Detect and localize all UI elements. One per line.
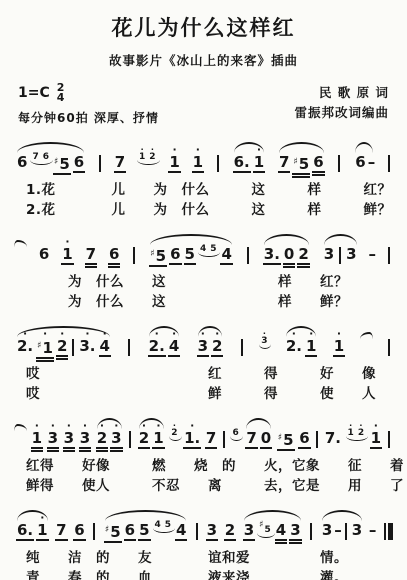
note-number: 1 <box>305 338 317 357</box>
sharp-icon: ♯ <box>37 341 41 351</box>
note: 6. <box>233 146 251 173</box>
page-title: 花儿为什么这样红 <box>0 0 407 42</box>
note: 6 <box>42 147 50 164</box>
note: ·1 <box>168 146 180 173</box>
system-2: 6·1 7 6 ♯5 6 5 4 5 4 3. 0 2 3 3– 为 什么 这 … <box>10 226 397 312</box>
grace-notes: ·1·2 <box>137 147 158 164</box>
note: 6 <box>38 238 50 265</box>
final-bar-thin <box>384 523 386 540</box>
slur-group: ♯5 6 5 4 5 4 <box>147 238 235 267</box>
lyric-line-verse-2: 青 春 的 血 液来浇 灌。 <box>16 568 391 580</box>
slur-group: ·2.·♯1·2·3.·4 <box>14 330 113 359</box>
note-number: 3 <box>289 522 301 541</box>
note-number: 6 <box>231 429 239 440</box>
note-number: 6 <box>73 522 85 541</box>
slur-group: 7 ♯5 6 <box>276 146 327 175</box>
note: 2 <box>297 238 309 265</box>
note: 3 <box>206 514 218 541</box>
note: ·3 <box>47 422 59 449</box>
note-number: 1. <box>183 430 201 449</box>
note: 3 <box>243 514 255 541</box>
note: ♯5 <box>53 146 71 175</box>
barline <box>133 247 135 264</box>
note-number: 4 <box>175 522 187 541</box>
note-number: 3 <box>206 522 218 541</box>
note-number: 1 <box>152 430 164 449</box>
note: ♯5 <box>149 238 167 267</box>
duration-dash: – <box>369 522 377 538</box>
lyrics-block: 红得 好像 燃 烧 的 火，它象 征 着 鲜得 使人 不忍 离 去，它是 用 了 <box>10 456 397 496</box>
note: 7 <box>205 422 217 449</box>
note: ·3 <box>110 422 122 449</box>
note-number: 3. <box>263 246 281 265</box>
credit-lyricist: 民 歌 原 词 <box>294 83 389 103</box>
credit-composer: 雷振邦改词编曲 <box>294 103 389 123</box>
sharp-icon: ♯ <box>150 249 154 259</box>
note: 3 <box>345 238 357 265</box>
note-number: ♯5 <box>277 430 295 451</box>
sharp-icon: ♯ <box>259 520 263 530</box>
slur-group: 3 ♯5 4 3 <box>241 514 304 541</box>
note-number: 6 <box>38 246 50 265</box>
note-number: 6 <box>16 154 28 173</box>
note-number: 3 <box>243 522 255 541</box>
note-number: 5 <box>209 245 217 256</box>
grace-notes: ·3 <box>259 331 269 348</box>
note-number: 6. <box>233 154 251 173</box>
final-bar-thick <box>388 523 393 540</box>
note: ·1 <box>370 422 382 449</box>
note-number: 1 <box>192 154 204 173</box>
note: 3 <box>351 514 363 541</box>
slur-group: ·3·2 <box>195 330 226 357</box>
note: 7 <box>31 147 39 164</box>
tie-in-arc <box>14 240 27 250</box>
note: ·1 <box>36 514 48 541</box>
key-and-tempo: 1=C 2 4 每分钟60拍 深厚、抒情 <box>18 83 159 126</box>
key-signature: 1=C 2 4 <box>18 83 159 103</box>
system-1: 6 7 6 ♯5 6 7·1·2·1·1 6.·1 7 ♯5 6 6– 1.花 … <box>10 134 397 220</box>
note: ♯5 <box>104 514 122 543</box>
note: 7 <box>245 422 257 449</box>
score-header: 1=C 2 4 每分钟60拍 深厚、抒情 民 歌 原 词 雷振邦改词编曲 <box>0 83 407 126</box>
note-number: 7. <box>324 430 342 449</box>
note-number: 3 <box>323 246 335 265</box>
note-number: 4 <box>199 245 207 256</box>
note-number: 6 <box>73 154 85 173</box>
sharp-icon: ♯ <box>278 433 282 443</box>
note-number: 1 <box>253 154 265 173</box>
note: ·1 <box>253 146 265 173</box>
slur-group: ·2·1 <box>136 422 167 449</box>
sheet-music-page: 花儿为什么这样红 故事影片《冰山上的来客》插曲 1=C 2 4 每分钟60拍 深… <box>0 0 407 580</box>
note: 3 <box>323 238 335 265</box>
note: ·2. <box>16 330 34 357</box>
grace-notes: 4 5 <box>198 239 219 256</box>
note: ·2 <box>96 422 108 449</box>
note: 6 <box>169 238 181 265</box>
note: ·2. <box>285 330 303 357</box>
music-line: 6 7 6 ♯5 6 7·1·2·1·1 6.·1 7 ♯5 6 6– <box>10 134 397 180</box>
note-number: 7 <box>31 153 39 164</box>
note-number: 5 <box>138 522 150 541</box>
note-number: 1 <box>138 153 146 164</box>
note: 5 <box>138 514 150 541</box>
note-number: ♯5 <box>53 154 71 175</box>
note: ·1 <box>61 238 73 265</box>
note: 6 <box>312 146 324 173</box>
slur-group: 3 3 <box>321 238 360 265</box>
note: 4 <box>220 238 232 265</box>
note: ·3. <box>78 330 96 357</box>
note: 5 <box>209 239 217 256</box>
note-number: 7 <box>55 522 67 541</box>
note-number: 3 <box>110 430 122 449</box>
note-number: 6 <box>312 154 324 173</box>
lyric-line-verse-2: 哎 鲜 得 使 人 <box>16 384 391 404</box>
slur-group: 3– 3 <box>319 514 365 541</box>
tie-in-arc <box>14 424 27 434</box>
slur-group: ·2·3 <box>94 422 125 449</box>
sharp-icon: ♯ <box>54 157 58 167</box>
lyric-line-verse-1: 为 什么 这 样 红？ <box>16 272 391 292</box>
barline <box>72 339 74 356</box>
note: 5 <box>164 515 172 532</box>
note: 6 <box>16 146 28 173</box>
duration-dash: – <box>368 154 376 170</box>
note: 4 <box>275 514 287 541</box>
note-number: 6 <box>124 522 136 541</box>
note: ·2 <box>357 423 365 440</box>
grace-notes: ♯5 <box>257 515 273 537</box>
note-number: 7 <box>205 430 217 449</box>
note-number: 7 <box>278 154 290 173</box>
grace-notes: ·2 <box>169 423 179 440</box>
note-number: ♯1 <box>36 338 54 359</box>
barline <box>128 339 130 356</box>
meter-fraction: 2 4 <box>57 83 65 103</box>
system-3: ·2.·♯1·2·3.·4·2.·4·3·2·3·2.·1·1 哎 红 得 好 … <box>10 318 397 404</box>
barline <box>339 247 341 264</box>
octave-dot-spacer <box>60 146 64 154</box>
note-number: 3 <box>260 337 268 348</box>
slur-group: 6– <box>352 146 376 173</box>
barline <box>129 431 131 448</box>
octave-dot-spacer <box>284 422 288 430</box>
grace-notes: 6 <box>230 423 240 440</box>
tie-out-arc <box>360 332 373 342</box>
barline <box>316 431 318 448</box>
note: ·1 <box>152 422 164 449</box>
note-number: 6 <box>42 153 50 164</box>
note-number: 1 <box>31 430 43 449</box>
slur-group: ·2.·1 <box>283 330 320 357</box>
note: 5 <box>184 238 196 265</box>
note: 2 <box>224 514 236 541</box>
note: ·1. <box>183 422 201 449</box>
barline <box>388 431 390 448</box>
note-number: 4 <box>220 246 232 265</box>
barline <box>345 523 347 540</box>
slur-group: 3. 0 2 <box>261 238 312 265</box>
note-number: 2 <box>148 153 156 164</box>
note: ·1 <box>31 422 43 449</box>
duration-dash: – <box>369 246 377 262</box>
note: ·4 <box>168 330 180 357</box>
note-number: 6 <box>354 154 366 173</box>
barline <box>338 155 340 172</box>
barline <box>223 431 225 448</box>
note-number: 3 <box>63 430 75 449</box>
note: 7 <box>278 146 290 173</box>
note-number: 1 <box>61 246 73 265</box>
note: 6 <box>124 514 136 541</box>
note-number: 7 <box>85 246 97 265</box>
note-number: 1 <box>347 429 355 440</box>
lyrics-block: 为 什么 这 样 红？ 为 什么 这 样 鲜？ <box>10 272 397 312</box>
note: ·1 <box>305 330 317 357</box>
lyric-line-verse-1: 哎 红 得 好 像 <box>16 364 391 384</box>
meter-bottom: 4 <box>57 93 65 103</box>
note: ♯5 <box>292 146 310 175</box>
note-number: 3 <box>47 430 59 449</box>
tonality: 1=C <box>18 85 50 101</box>
note-number: 6 <box>169 246 181 265</box>
note: 3 <box>289 514 301 541</box>
note-number: 5 <box>164 521 172 532</box>
note: 4 <box>175 514 187 541</box>
note-number: 5 <box>184 246 196 265</box>
note: 0 <box>283 238 295 265</box>
note: 6 <box>108 238 120 265</box>
lyric-line-verse-2: 2.花 儿 为 什么 这 样 鲜？ <box>16 200 391 220</box>
note-number: ♯5 <box>149 246 167 267</box>
note: 7 <box>114 146 126 173</box>
note: 3 <box>321 514 333 541</box>
barline <box>247 247 249 264</box>
note: ·3 <box>260 331 268 348</box>
note-number: ♯5 <box>258 521 272 537</box>
note: 0 <box>260 422 272 449</box>
note-number: 0 <box>283 246 295 265</box>
duration-dash: – <box>334 522 342 538</box>
barline <box>310 523 312 540</box>
grace-notes: 7 6 <box>30 147 51 164</box>
note: ·2 <box>170 423 178 440</box>
page-subtitle: 故事影片《冰山上的来客》插曲 <box>0 51 407 69</box>
tempo-marking: 每分钟60拍 深厚、抒情 <box>18 109 159 126</box>
final-barline <box>384 523 393 540</box>
slur-group: ·2.·4 <box>146 330 183 357</box>
note: ·3 <box>197 330 209 357</box>
note-number: 1 <box>333 338 345 357</box>
note-number: 2 <box>56 338 68 357</box>
lyric-line-verse-1: 纯 洁 的 友 谊和爱 情。 <box>16 548 391 568</box>
note-number: 3 <box>321 522 333 541</box>
note-number: ♯5 <box>104 522 122 543</box>
note-number: 6 <box>108 246 120 265</box>
note-number: ♯5 <box>292 154 310 175</box>
system-5: 6.·1 7 6 ♯5 6 5 4 5 4 3 2 3 ♯5 4 3 3– 3–… <box>10 502 397 580</box>
note: 6. <box>16 514 34 541</box>
lyrics-block: 纯 洁 的 友 谊和爱 情。 青 春 的 血 液来浇 灌。 <box>10 548 397 580</box>
note: ·2. <box>148 330 166 357</box>
slur-group: 6.·1 <box>231 146 268 173</box>
credits: 民 歌 原 词 雷振邦改词编曲 <box>294 83 389 123</box>
octave-dot: · <box>43 330 47 338</box>
lyrics-block: 1.花 儿 为 什么 这 样 红？ 2.花 儿 为 什么 这 样 鲜？ <box>10 180 397 220</box>
note-number: 3 <box>351 522 363 541</box>
lyric-line-verse-2: 鲜得 使人 不忍 离 去，它是 用 了 <box>16 476 391 496</box>
slur-group: 7 0 <box>243 422 274 449</box>
music-line: 6·1 7 6 ♯5 6 5 4 5 4 3. 0 2 3 3– <box>10 226 397 272</box>
barline <box>241 339 243 356</box>
slur-group: 6.·1 <box>14 514 51 541</box>
note: 7 <box>85 238 97 265</box>
note-number: 6. <box>16 522 34 541</box>
note-number: 4 <box>168 338 180 357</box>
note: ·2 <box>138 422 150 449</box>
note-number: 7 <box>245 430 257 449</box>
note-number: 1 <box>168 154 180 173</box>
note-number: 2. <box>148 338 166 357</box>
note: 7. <box>324 422 342 449</box>
sharp-icon: ♯ <box>293 157 297 167</box>
barline <box>388 339 390 356</box>
note-number: 2 <box>138 430 150 449</box>
lyric-line-verse-1: 红得 好像 燃 烧 的 火，它象 征 着 <box>16 456 391 476</box>
note: ♯5 <box>277 422 295 451</box>
grace-notes: 4 5 <box>153 515 174 532</box>
octave-dot-spacer <box>299 146 303 154</box>
barline <box>217 155 219 172</box>
note-number: 4 <box>275 522 287 541</box>
note-number: 2. <box>285 338 303 357</box>
system-4: ·1·3·3·3·2·3·2·1·2·1. 7 6 7 0 ♯5 6 7.·1·… <box>10 410 397 496</box>
note: 6 <box>73 514 85 541</box>
octave-dot-spacer <box>111 514 115 522</box>
barline <box>196 523 198 540</box>
score: 6 7 6 ♯5 6 7·1·2·1·1 6.·1 7 ♯5 6 6– 1.花 … <box>0 126 407 580</box>
note-number: 3 <box>345 246 357 265</box>
music-line: 6.·1 7 6 ♯5 6 5 4 5 4 3 2 3 ♯5 4 3 3– 3– <box>10 502 397 548</box>
music-line: ·1·3·3·3·2·3·2·1·2·1. 7 6 7 0 ♯5 6 7.·1·… <box>10 410 397 456</box>
barline <box>388 155 390 172</box>
lyric-line-verse-2: 为 什么 这 样 鲜？ <box>16 292 391 312</box>
note-number: 2. <box>16 338 34 357</box>
note: ·4 <box>99 330 111 357</box>
lyric-line-verse-1: 1.花 儿 为 什么 这 样 红？ <box>16 180 391 200</box>
note: 7 <box>55 514 67 541</box>
octave-dot-spacer <box>156 238 160 246</box>
note: ·1 <box>333 330 345 357</box>
barline <box>388 247 390 264</box>
note-number: 2 <box>170 429 178 440</box>
note-number: 3. <box>78 338 96 357</box>
note: ·♯1 <box>36 330 54 359</box>
note-number: 7 <box>114 154 126 173</box>
note: ·1 <box>192 146 204 173</box>
note: ·3 <box>79 422 91 449</box>
note-number: 2 <box>357 429 365 440</box>
note: ·2 <box>148 147 156 164</box>
note: 4 <box>154 515 162 532</box>
barline <box>99 155 101 172</box>
music-line: ·2.·♯1·2·3.·4·2.·4·3·2·3·2.·1·1 <box>10 318 397 364</box>
note-number: 4 <box>154 521 162 532</box>
note: ·2 <box>211 330 223 357</box>
note: ·3 <box>63 422 75 449</box>
note-number: 6 <box>298 430 310 449</box>
note-number: 2 <box>211 338 223 357</box>
sharp-icon: ♯ <box>105 525 109 535</box>
note: 4 <box>199 239 207 256</box>
note: 3. <box>263 238 281 265</box>
note-number: 0 <box>260 430 272 449</box>
note: ·1 <box>347 423 355 440</box>
note-number: 2 <box>96 430 108 449</box>
note: ·1 <box>138 147 146 164</box>
note: 6 <box>354 146 366 173</box>
note: ♯5 <box>258 515 272 537</box>
note: 6 <box>298 422 310 449</box>
barline <box>93 523 95 540</box>
note: ·2 <box>56 330 68 357</box>
note: 6 <box>231 423 239 440</box>
note-number: 4 <box>99 338 111 357</box>
note: 6 <box>73 146 85 173</box>
lyrics-block: 哎 红 得 好 像 哎 鲜 得 使 人 <box>10 364 397 404</box>
note-number: 1 <box>370 430 382 449</box>
note-number: 3 <box>79 430 91 449</box>
note-number: 1 <box>36 522 48 541</box>
slur-group: ♯5 6 5 4 5 4 <box>102 514 190 543</box>
note-number: 2 <box>224 522 236 541</box>
grace-notes: ·1·2 <box>346 423 367 440</box>
note-number: 2 <box>297 246 309 265</box>
note-number: 3 <box>197 338 209 357</box>
slur-group: 6 7 6 ♯5 6 <box>14 146 87 175</box>
